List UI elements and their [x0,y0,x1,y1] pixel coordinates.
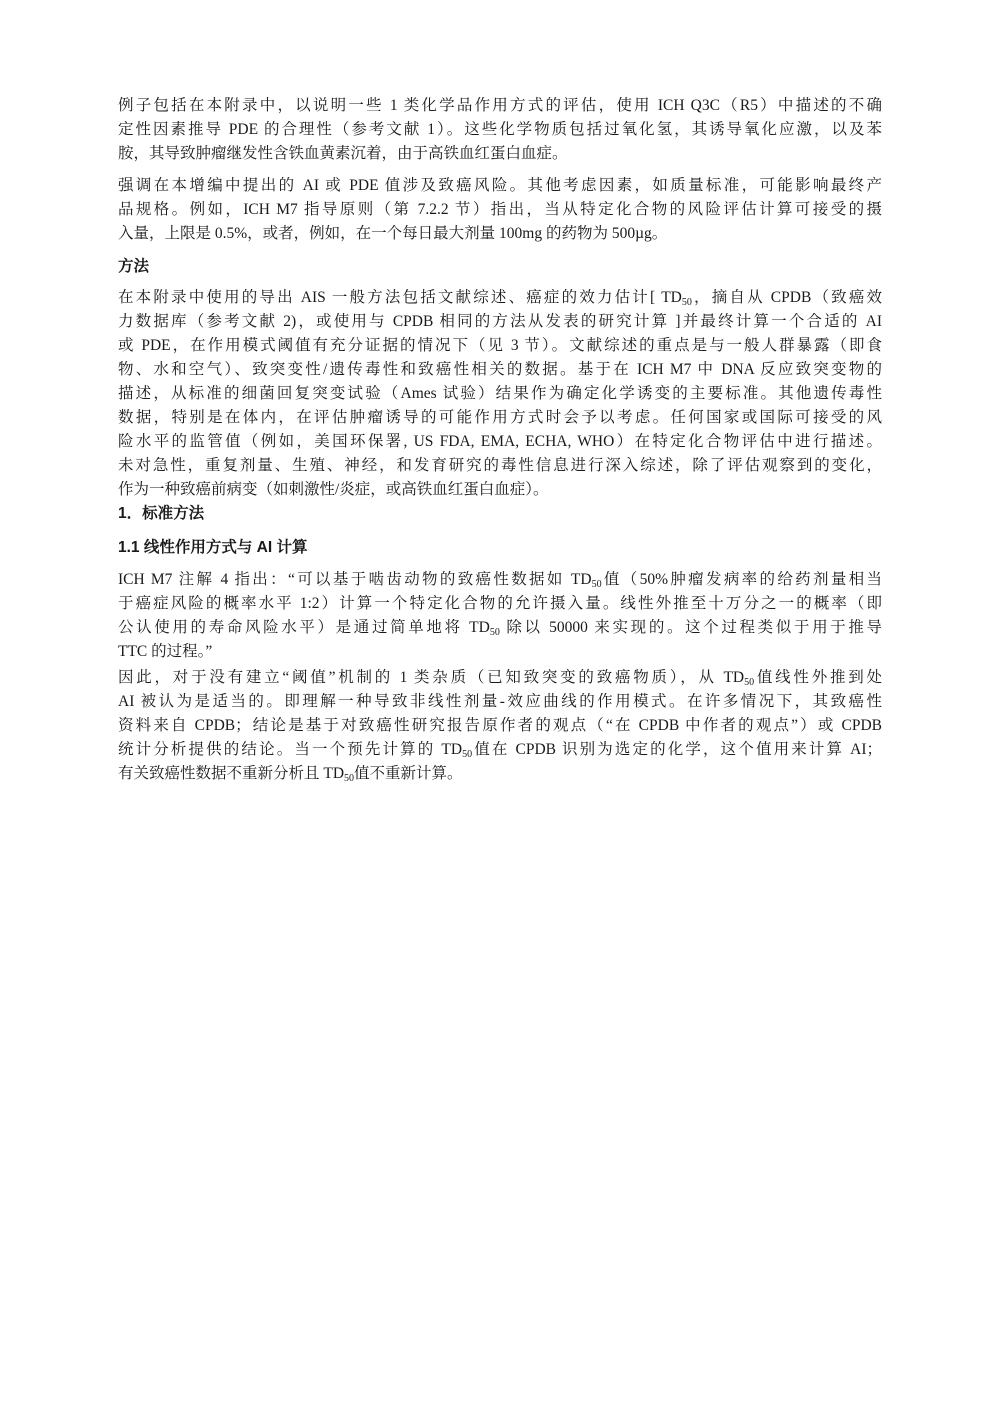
text-line: 描述，从标准的细菌回复突变试验（Ames 试验）结果作为确定化学诱变的主要标准。… [118,382,882,406]
paragraph-ich-m7-note: ICH M7 注解 4 指出：“可以基于啮齿动物的致癌性数据如 TD50值（50… [118,568,882,664]
text-line: 险水平的监管值（例如，美国环保署, US FDA, EMA, ECHA, WHO… [118,430,882,454]
text-line: ICH M7 注解 4 指出：“可以基于啮齿动物的致癌性数据如 TD50值（50… [118,568,882,592]
text-line: 力数据库（参考文献 2)，或使用与 CPDB 相同的方法从发表的研究计算 ]并最… [118,310,882,334]
text-line: 物、水和空气）、致突变性/遗传毒性和致癌性相关的数据。基于在 ICH M7 中 … [118,358,882,382]
text-line: 未对急性，重复剂量、生殖、神经，和发育研究的毒性信息进行深入综述，除了评估观察到… [118,454,882,478]
section-heading-methods: 方法 [118,255,149,279]
text-line: 于癌症风险的概率水平 1:2）计算一个特定化合物的允许摄入量。线性外推至十万分之… [118,592,882,616]
text-line: 胺，其导致肿瘤继发性含铁血黄素沉着，由于高铁血红蛋白血症。 [118,142,882,166]
text-line: 因此，对于没有建立“阈值”机制的 1 类杂质（已知致突变的致癌物质），从 TD5… [118,666,882,690]
text-line: AI 被认为是适当的。即理解一种导致非线性剂量-效应曲线的作用模式。在许多情况下… [118,690,882,714]
text-line: 品规格。例如，ICH M7 指导原则（第 7.2.2 节）指出，当从特定化合物的… [118,198,882,222]
text-line: 统计分析提供的结论。当一个预先计算的 TD50值在 CPDB 识别为选定的化学，… [118,738,882,762]
text-line: 在本附录中使用的导出 AIS 一般方法包括文献综述、癌症的效力估计[ TD50，… [118,286,882,310]
text-line: TTC 的过程。” [118,640,882,664]
text-line: 有关致癌性数据不重新分析且 TD50值不重新计算。 [118,762,882,786]
document-page: 例子包括在本附录中，以说明一些 1 类化学品作用方式的评估，使用 ICH Q3C… [0,0,1000,1415]
paragraph-threshold: 因此，对于没有建立“阈值”机制的 1 类杂质（已知致突变的致癌物质），从 TD5… [118,666,882,786]
text-line: 作为一种致癌前病变（如刺激性/炎症，或高铁血红蛋白血症）。 [118,478,882,502]
paragraph-intro-emphasis: 强调在本增编中提出的 AI 或 PDE 值涉及致癌风险。其他考虑因素，如质量标准… [118,174,882,246]
text-line: 数据，特别是在体内，在评估肿瘤诱导的可能作用方式时会予以考虑。任何国家或国际可接… [118,406,882,430]
text-line: 定性因素推导 PDE 的合理性（参考文献 1）。这些化学物质包括过氧化氢，其诱导… [118,118,882,142]
text-line: 公认使用的寿命风险水平）是通过简单地将 TD50 除以 50000 来实现的。这… [118,616,882,640]
paragraph-intro-examples: 例子包括在本附录中，以说明一些 1 类化学品作用方式的评估，使用 ICH Q3C… [118,94,882,166]
text-line: 入量，上限是 0.5%，或者，例如，在一个每日最大剂量 100mg 的药物为 5… [118,222,882,246]
text-line: 资料来自 CPDB；结论是基于对致癌性研究报告原作者的观点（“在 CPDB 中作… [118,714,882,738]
text-line: 强调在本增编中提出的 AI 或 PDE 值涉及致癌风险。其他考虑因素，如质量标准… [118,174,882,198]
subsection-heading-linear-mode: 1.1 线性作用方式与 AI 计算 [118,536,307,560]
text-line: 或 PDE，在作用模式阈值有充分证据的情况下（见 3 节）。文献综述的重点是与一… [118,334,882,358]
paragraph-methods: 在本附录中使用的导出 AIS 一般方法包括文献综述、癌症的效力估计[ TD50，… [118,286,882,502]
text-line: 例子包括在本附录中，以说明一些 1 类化学品作用方式的评估，使用 ICH Q3C… [118,94,882,118]
section-heading-standard-methods: 1．标准方法 [118,502,204,526]
